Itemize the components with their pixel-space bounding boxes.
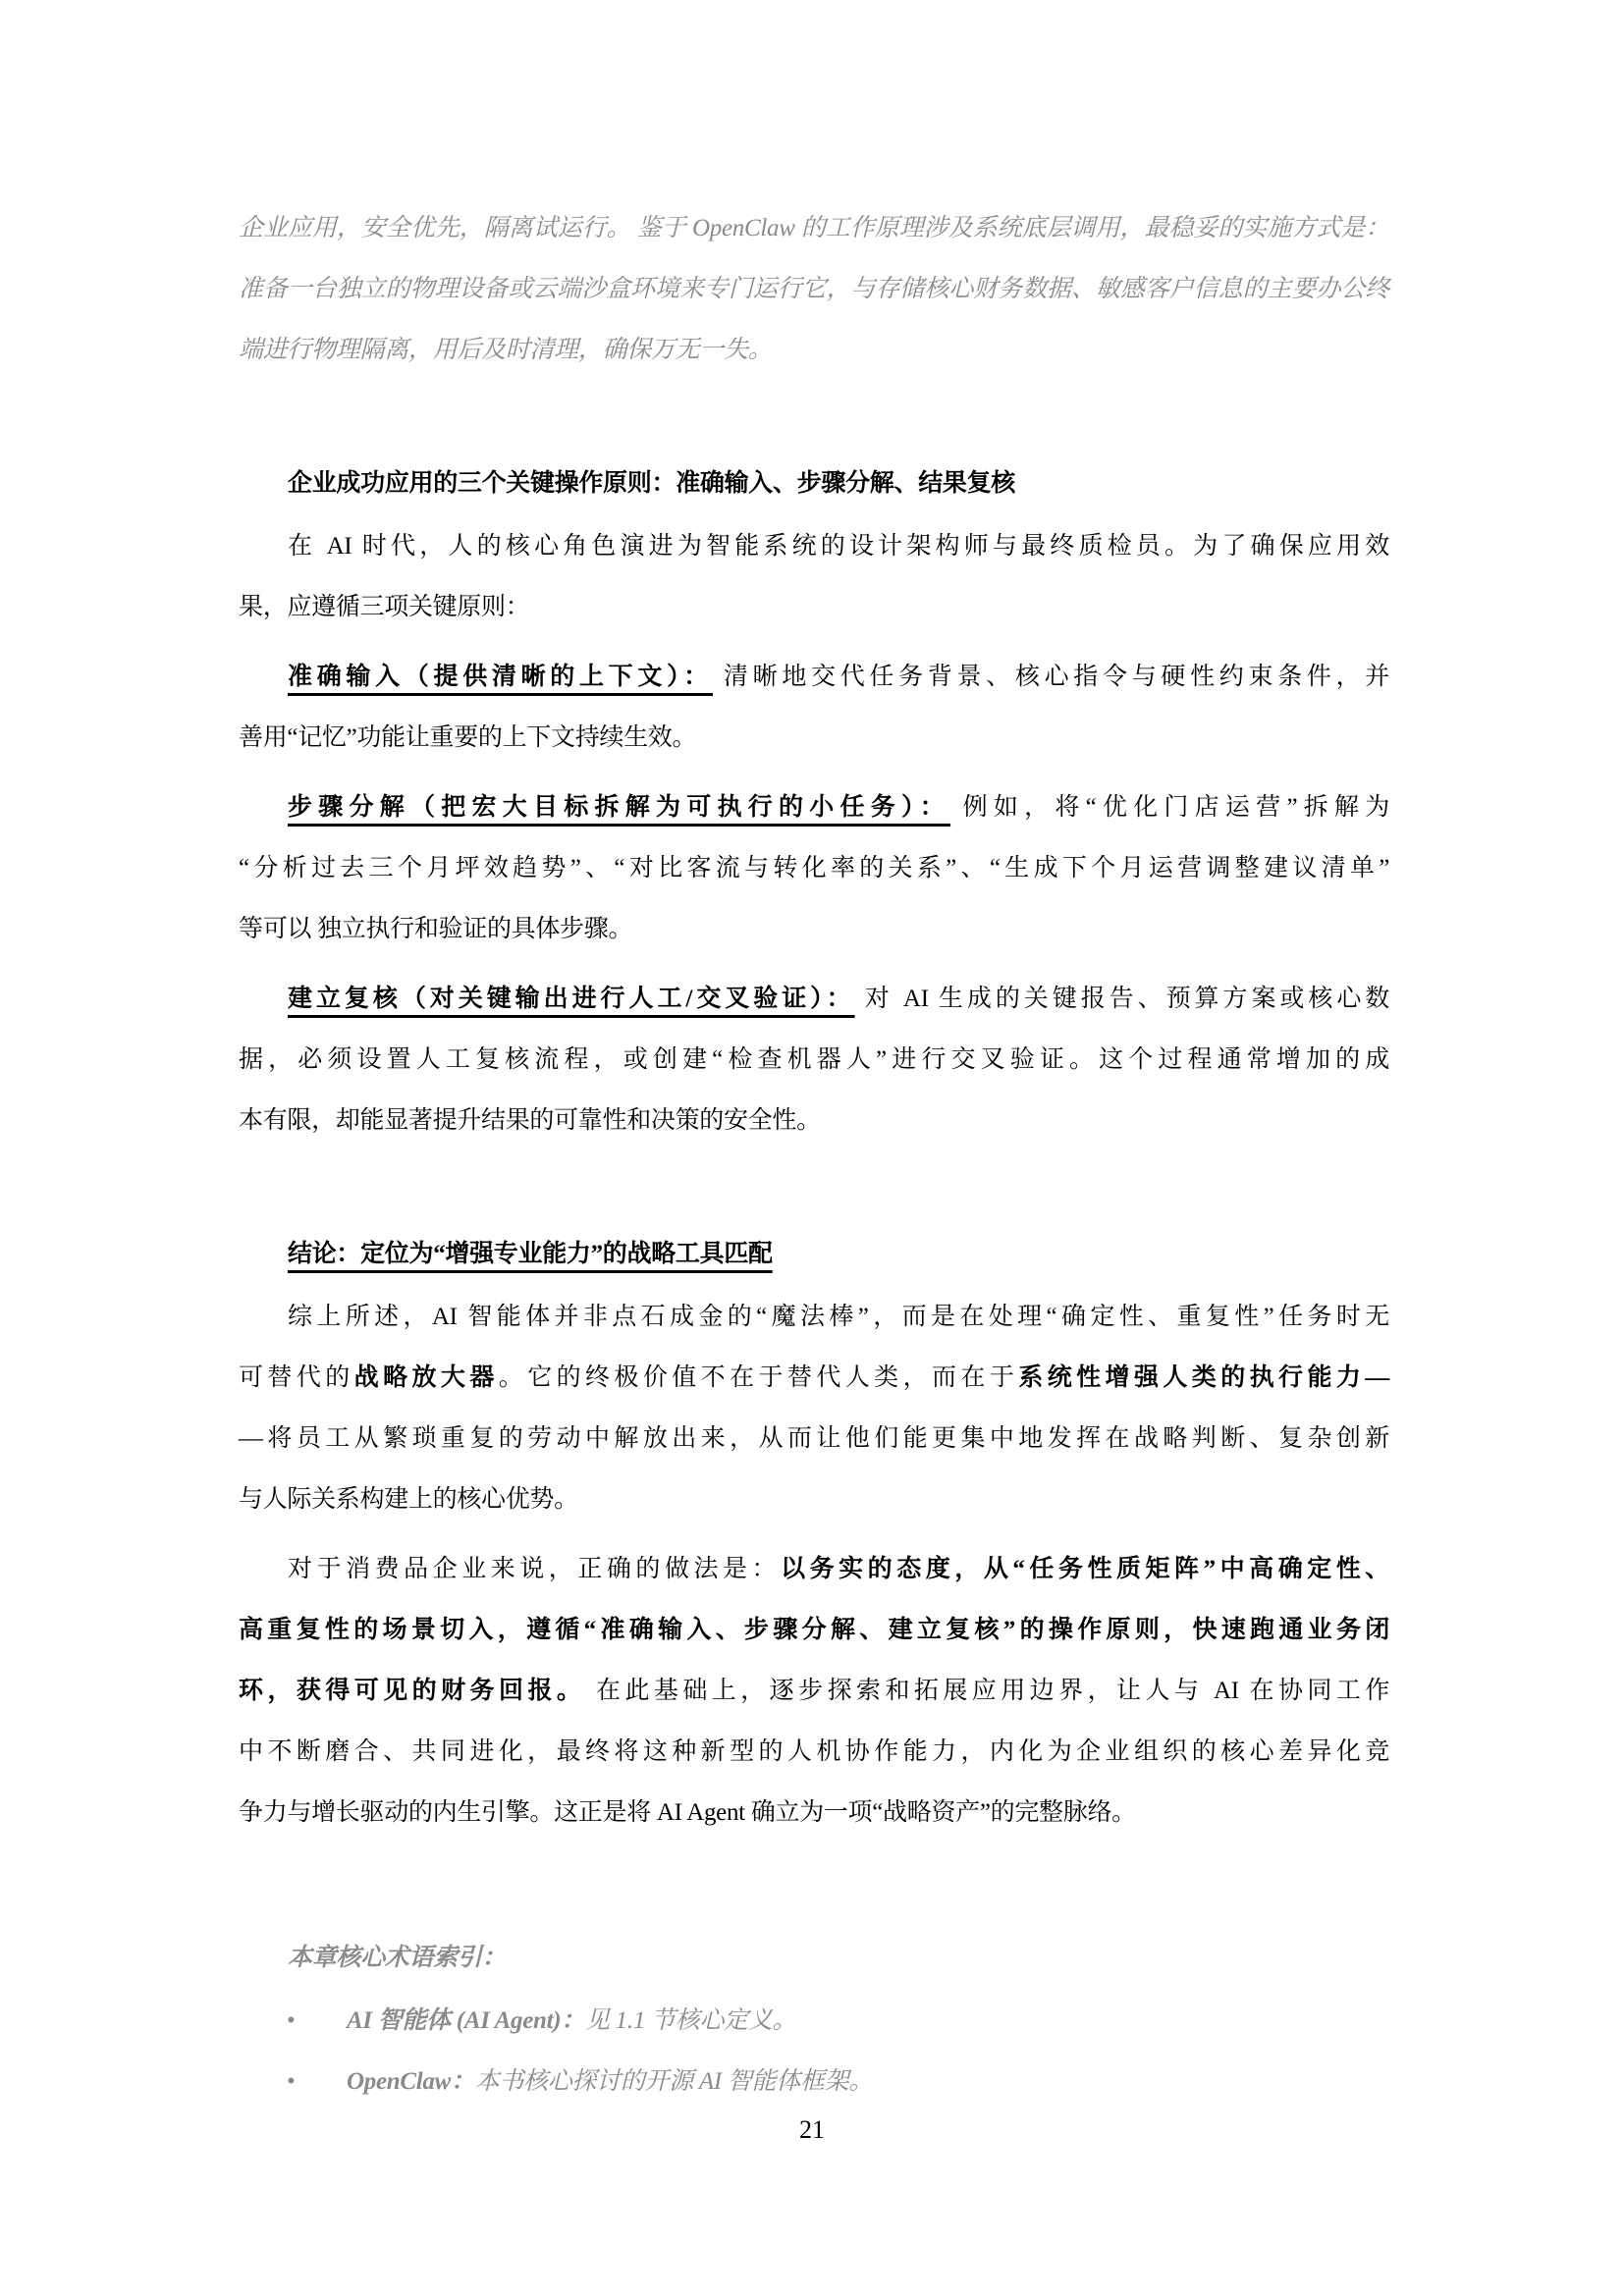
- text-line: —将员工从繁琐重复的劳动中解放出来，从而让他们能更集中地发挥在战略判断、复杂创新: [239, 1409, 1389, 1469]
- text-run: AI 智能体 (AI Agent)：: [347, 2007, 585, 2034]
- text-line: “分析过去三个月坪效趋势”、“对比客流与转化率的关系”、“生成下个月运营调整建议…: [239, 838, 1389, 899]
- text-line: •OpenClaw：本书核心探讨的开源 AI 智能体框架。: [239, 2052, 1389, 2112]
- paragraph: 步骤分解（把宏大目标拆解为可执行的小任务）： 例如，将“优化门店运营”拆解为“分…: [239, 777, 1389, 960]
- text-run: 综上所述，AI 智能体并非点石成金的“魔法棒”，而是在处理“确定性、重复性”任务…: [288, 1304, 1389, 1330]
- text-run: 对 AI 生成的关键报告、预算方案或核心数: [855, 986, 1389, 1012]
- bullet-icon: •: [287, 1991, 295, 2052]
- text-run: 高重复性的场景切入，遵循“准确输入、步骤分解、建立复核”的操作原则，快速跑通业务…: [239, 1617, 1389, 1643]
- text-run: 准备一台独立的物理设备或云端沙盒环境来专门运行它，与存储核心财务数据、敏感客户信…: [239, 276, 1389, 302]
- text-run: —将员工从繁琐重复的劳动中解放出来，从而让他们能更集中地发挥在战略判断、复杂创新: [239, 1425, 1389, 1452]
- text-run: 对于消费品企业来说，正确的做法是：: [288, 1556, 781, 1582]
- intro: 企业应用，安全优先，隔离试运行。 鉴于 OpenClaw 的工作原理涉及系统底层…: [239, 198, 1389, 381]
- text-run: 企业应用，安全优先，隔离试运行。 鉴于 OpenClaw 的工作原理涉及系统底层…: [239, 215, 1389, 241]
- text-line: 在 AI 时代，人的核心角色演进为智能系统的设计架构师与最终质检员。为了确保应用…: [239, 516, 1389, 577]
- paragraph: 准确输入（提供清晰的上下文）： 清晰地交代任务背景、核心指令与硬性约束条件，并善…: [239, 647, 1389, 769]
- text-line: 结论：定位为“增强专业能力”的战略工具匹配: [239, 1224, 1389, 1285]
- text-run: 可替代的: [239, 1364, 354, 1391]
- text-line: 高重复性的场景切入，遵循“准确输入、步骤分解、建立复核”的操作原则，快速跑通业务…: [239, 1600, 1389, 1661]
- text-line: 等可以 独立执行和验证的具体步骤。: [239, 899, 1389, 960]
- text-run: 端进行物理隔离，用后及时清理，确保万无一失。: [239, 337, 772, 363]
- page-number: 21: [0, 2109, 1624, 2152]
- paragraph: 对于消费品企业来说，正确的做法是：以务实的态度，从“任务性质矩阵”中高确定性、高…: [239, 1539, 1389, 1843]
- text-run: 准确输入（提供清晰的上下文）：: [288, 664, 713, 690]
- text-line: 善用“记忆”功能让重要的上下文持续生效。: [239, 708, 1389, 769]
- text-line: 步骤分解（把宏大目标拆解为可执行的小任务）： 例如，将“优化门店运营”拆解为: [239, 777, 1389, 838]
- document-page: 企业应用，安全优先，隔离试运行。 鉴于 OpenClaw 的工作原理涉及系统底层…: [0, 0, 1624, 2296]
- text-line: 准确输入（提供清晰的上下文）： 清晰地交代任务背景、核心指令与硬性约束条件，并: [239, 647, 1389, 708]
- text-line: 与人际关系构建上的核心优势。: [239, 1469, 1389, 1530]
- paragraph: 建立复核（对关键输出进行人工/交叉验证）： 对 AI 生成的关键报告、预算方案或…: [239, 969, 1389, 1151]
- text-run: 在此基础上，逐步探索和拓展应用边界，让人与 AI 在协同工作: [585, 1678, 1389, 1704]
- text-run: 本章核心术语索引：: [288, 1945, 506, 1971]
- heading: 结论：定位为“增强专业能力”的战略工具匹配: [239, 1224, 1389, 1285]
- text-run: 。它的终极价值不在于替代人类，而在于: [499, 1364, 1019, 1391]
- text-line: •AI 智能体 (AI Agent)：见 1.1 节核心定义。: [239, 1991, 1389, 2052]
- text-line: 争力与增长驱动的内生引擎。这正是将 AI Agent 确立为一项“战略资产”的完…: [239, 1783, 1389, 1843]
- paragraph: 在 AI 时代，人的核心角色演进为智能系统的设计架构师与最终质检员。为了确保应用…: [239, 516, 1389, 638]
- document-content: 企业应用，安全优先，隔离试运行。 鉴于 OpenClaw 的工作原理涉及系统底层…: [239, 198, 1389, 2112]
- text-run: 据，必须设置人工复核流程，或创建“检查机器人”进行交叉验证。这个过程通常增加的成: [239, 1046, 1389, 1073]
- bullet-icon: •: [287, 2052, 295, 2112]
- text-run: 等可以 独立执行和验证的具体步骤。: [239, 916, 632, 942]
- text-run: 以务实的态度，从“任务性质矩阵”中高确定性、: [781, 1556, 1389, 1582]
- term-item: •OpenClaw：本书核心探讨的开源 AI 智能体框架。: [239, 2052, 1389, 2112]
- text-run: 结论：定位为“增强专业能力”的战略工具匹配: [288, 1241, 773, 1267]
- text-run: 清晰地交代任务背景、核心指令与硬性约束条件，并: [713, 664, 1389, 690]
- text-line: 准备一台独立的物理设备或云端沙盒环境来专门运行它，与存储核心财务数据、敏感客户信…: [239, 259, 1389, 320]
- text-run: 善用“记忆”功能让重要的上下文持续生效。: [239, 724, 696, 751]
- text-line: 对于消费品企业来说，正确的做法是：以务实的态度，从“任务性质矩阵”中高确定性、: [239, 1539, 1389, 1600]
- text-run: 果，应遵循三项关键原则：: [239, 594, 529, 620]
- text-run: 企业成功应用的三个关键操作原则：准确输入、步骤分解、结果复核: [288, 470, 1015, 497]
- text-line: 可替代的战略放大器。它的终极价值不在于替代人类，而在于系统性增强人类的执行能力—: [239, 1348, 1389, 1409]
- text-line: 本有限，却能显著提升结果的可靠性和决策的安全性。: [239, 1091, 1389, 1151]
- text-line: 综上所述，AI 智能体并非点石成金的“魔法棒”，而是在处理“确定性、重复性”任务…: [239, 1287, 1389, 1348]
- text-run: 战略放大器: [354, 1364, 499, 1391]
- text-run: OpenClaw：: [347, 2068, 475, 2095]
- text-run: 例如，将“优化门店运营”拆解为: [950, 794, 1389, 821]
- text-run: 环，获得可见的财务回报。: [239, 1678, 585, 1704]
- text-line: 建立复核（对关键输出进行人工/交叉验证）： 对 AI 生成的关键报告、预算方案或…: [239, 969, 1389, 1030]
- heading: 企业成功应用的三个关键操作原则：准确输入、步骤分解、结果复核: [239, 454, 1389, 514]
- text-run: 本书核心探讨的开源 AI 智能体框架。: [475, 2068, 873, 2095]
- text-run: “分析过去三个月坪效趋势”、“对比客流与转化率的关系”、“生成下个月运营调整建议…: [239, 855, 1389, 881]
- text-line: 企业应用，安全优先，隔离试运行。 鉴于 OpenClaw 的工作原理涉及系统底层…: [239, 198, 1389, 259]
- text-line: 据，必须设置人工复核流程，或创建“检查机器人”进行交叉验证。这个过程通常增加的成: [239, 1030, 1389, 1091]
- term-item: •AI 智能体 (AI Agent)：见 1.1 节核心定义。: [239, 1991, 1389, 2052]
- text-run: 争力与增长驱动的内生引擎。这正是将 AI Agent 确立为一项“战略资产”的完…: [239, 1799, 1136, 1826]
- paragraph: 综上所述，AI 智能体并非点石成金的“魔法棒”，而是在处理“确定性、重复性”任务…: [239, 1287, 1389, 1530]
- text-run: 建立复核（对关键输出进行人工/交叉验证）：: [288, 986, 855, 1012]
- text-run: 见 1.1 节核心定义。: [585, 2007, 796, 2034]
- text-line: 果，应遵循三项关键原则：: [239, 577, 1389, 638]
- text-line: 中不断磨合、共同进化，最终将这种新型的人机协作能力，内化为企业组织的核心差异化竞: [239, 1722, 1389, 1783]
- text-run: 在 AI 时代，人的核心角色演进为智能系统的设计架构师与最终质检员。为了确保应用…: [288, 533, 1389, 560]
- terms-heading: 本章核心术语索引：: [239, 1928, 1389, 1989]
- text-line: 端进行物理隔离，用后及时清理，确保万无一失。: [239, 320, 1389, 381]
- text-run: 步骤分解（把宏大目标拆解为可执行的小任务）：: [288, 794, 950, 821]
- text-run: 系统性增强人类的执行能力—: [1018, 1364, 1389, 1391]
- text-run: 本有限，却能显著提升结果的可靠性和决策的安全性。: [239, 1107, 821, 1134]
- text-line: 本章核心术语索引：: [239, 1928, 1389, 1989]
- text-run: 中不断磨合、共同进化，最终将这种新型的人机协作能力，内化为企业组织的核心差异化竞: [239, 1738, 1389, 1765]
- text-run: 与人际关系构建上的核心优势。: [239, 1486, 578, 1513]
- text-line: 企业成功应用的三个关键操作原则：准确输入、步骤分解、结果复核: [239, 454, 1389, 514]
- text-line: 环，获得可见的财务回报。 在此基础上，逐步探索和拓展应用边界，让人与 AI 在协…: [239, 1661, 1389, 1722]
